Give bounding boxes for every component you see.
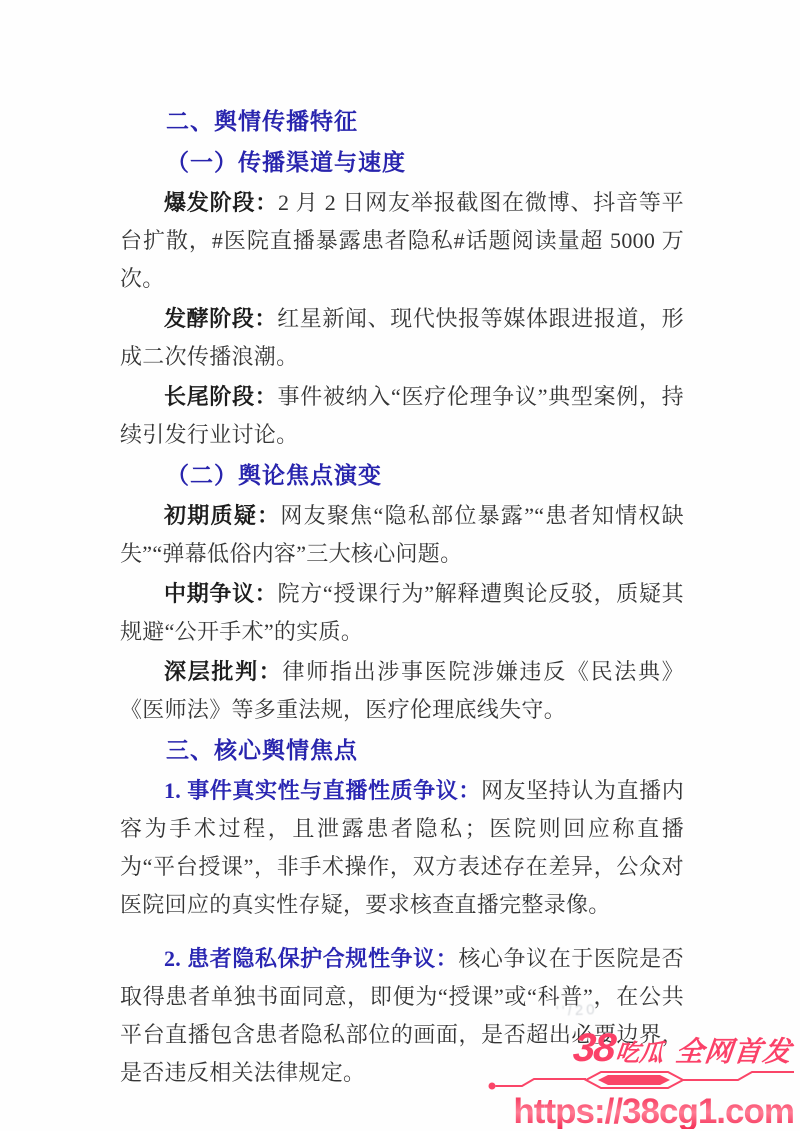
paragraph-outburst-stage: 爆发阶段：2 月 2 日网友举报截图在微博、抖音等平台扩散，#医院直播暴露患者隐… (120, 184, 684, 298)
section-heading-3: 三、核心舆情焦点 (120, 731, 684, 769)
brand-number: 38 (571, 1026, 616, 1070)
document-content: 二、舆情传播特征 （一）传播渠道与速度 爆发阶段：2 月 2 日网友举报截图在微… (0, 0, 800, 1092)
paragraph-focus-1: 1. 事件真实性与直播性质争议：网友坚持认为直播内容为手术过程，且泄露患者隐私；… (120, 772, 684, 924)
document-page: 二、舆情传播特征 （一）传播渠道与速度 爆发阶段：2 月 2 日网友举报截图在微… (0, 0, 800, 1131)
paragraph-fermentation-stage: 发酵阶段：红星新闻、现代快报等媒体跟进报道，形成二次传播浪潮。 (120, 300, 684, 376)
watermark-brand-text: 38吃瓜全网首发 (478, 1028, 798, 1068)
paragraph-lead: 爆发阶段： (164, 190, 278, 215)
paragraph-mid-dispute: 中期争议：院方“授课行为”解释遭舆论反驳，质疑其规避“公开手术”的实质。 (120, 575, 684, 651)
paragraph-early-doubt: 初期质疑：网友聚焦“隐私部位暴露”“患者知情权缺失”“弹幕低俗内容”三大核心问题… (120, 497, 684, 573)
paragraph-lead-blue: 1. 事件真实性与直播性质争议： (164, 778, 481, 803)
faint-scan-artifact: ''/20 (556, 1001, 598, 1020)
paragraph-lead: 长尾阶段： (164, 384, 278, 409)
section-heading-2: 二、舆情传播特征 (120, 102, 684, 140)
subsection-heading-2-1: （一）传播渠道与速度 (120, 143, 684, 181)
paragraph-longtail-stage: 长尾阶段：事件被纳入“医疗伦理争议”典型案例，持续引发行业讨论。 (120, 378, 684, 454)
watermark-url: https://38cg1.com (480, 1094, 796, 1129)
paragraph-lead: 深层批判： (164, 659, 283, 684)
brand-name: 吃瓜 (614, 1040, 665, 1067)
watermark-logo: 38吃瓜全网首发 https://38cg1.com (480, 1028, 796, 1129)
paragraph-lead: 中期争议： (164, 581, 278, 606)
paragraph-lead-blue: 2. 患者隐私保护合规性争议： (164, 946, 458, 971)
paragraph-lead: 初期质疑： (164, 503, 280, 528)
subsection-heading-2-2: （二）舆论焦点演变 (120, 456, 684, 494)
circuit-line-icon (486, 1069, 796, 1093)
paragraph-lead: 发酵阶段： (164, 306, 277, 331)
brand-tagline: 全网首发 (674, 1036, 793, 1067)
paragraph-deep-critique: 深层批判：律师指出涉事医院涉嫌违反《民法典》《医师法》等多重法规，医疗伦理底线失… (120, 653, 684, 729)
